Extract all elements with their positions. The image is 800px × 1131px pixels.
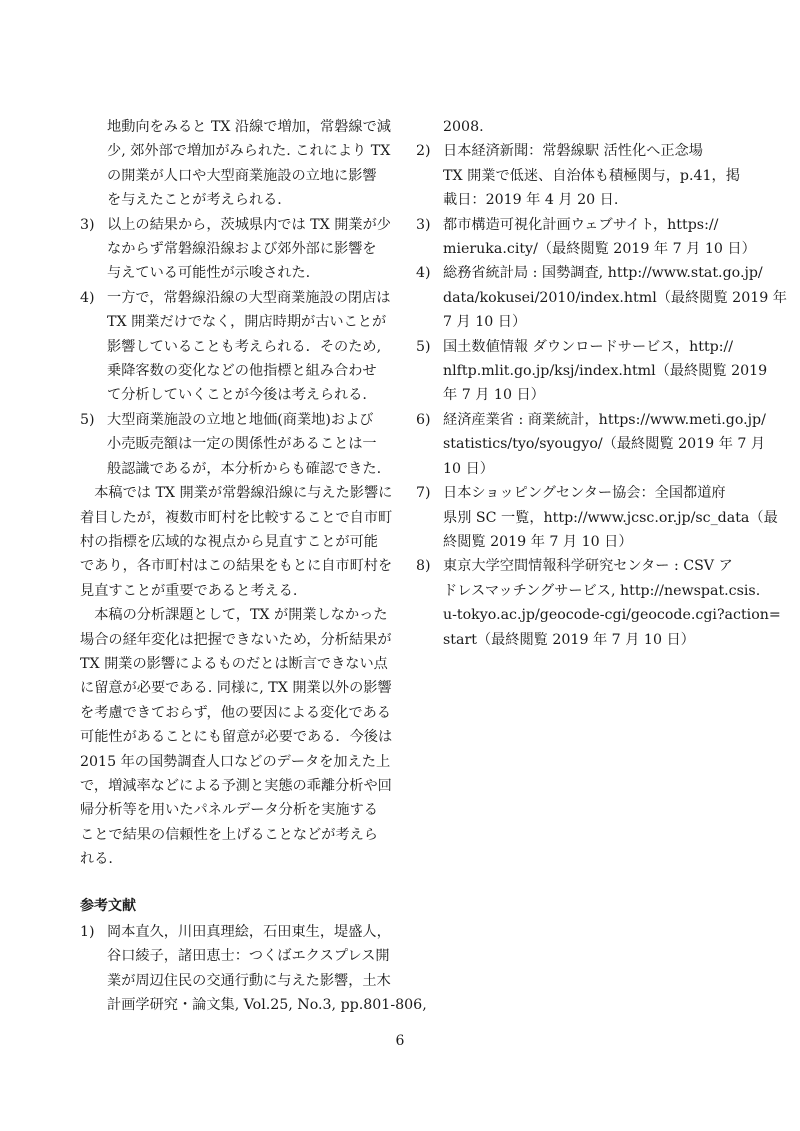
text-line: 7 月 10 日） [443, 310, 728, 334]
reference-8: 8) 東京大学空間情報科学研究センター : CSV ア ドレスマッチングサービス… [416, 554, 728, 652]
text-line: ドレスマッチングサービス, http://newspat.csis. [443, 579, 728, 603]
text-line: 着目したが，複数市町村を比較することで自市町 [80, 506, 385, 530]
reference-6: 6) 経済産業省 : 商業統計，https://www.meti.go.jp/ … [416, 408, 728, 481]
text-line: に留意が必要である. 同様に, TX 開業以外の影響 [80, 676, 385, 700]
text-line: 大型商業施設の立地と地価(商業地)および [107, 408, 385, 432]
text-line: 谷口綾子，諸田恵士：つくばエクスプレス開 [107, 944, 385, 968]
text-line: TX 開業だけでなく，開店時期が古いことが [107, 310, 385, 334]
reference-1-continued: 2008. [416, 115, 728, 139]
text-line: 小売販売額は一定の関係性があることは一 [107, 432, 385, 456]
text-line: を考慮できておらず，他の要因による変化である [80, 701, 385, 725]
text-line: 都市構造可視化計画ウェブサイト，https:// [443, 213, 728, 237]
item-number: 4) [416, 261, 431, 285]
reference-5: 5) 国土数値情報 ダウンロードサービス，http:// nlftp.mlit.… [416, 335, 728, 408]
text-line: 2015 年の国勢調査人口などのデータを加えた上 [80, 750, 385, 774]
paragraph-limitations: 本稿の分析課題として，TX が開業しなかった 場合の経年変化は把握できないため，… [80, 603, 385, 871]
text-line: の開業が人口や大型商業施設の立地に影響 [107, 164, 385, 188]
text-line: 一方で，常磐線沿線の大型商業施設の閉店は [107, 286, 385, 310]
text-line: statistics/tyo/syougyo/（最終閲覧 2019 年 7 月 [443, 432, 728, 456]
reference-3: 3) 都市構造可視化計画ウェブサイト，https:// mieruka.city… [416, 213, 728, 262]
continued-finding: 地動向をみると TX 沿線で増加，常磐線で減 少, 郊外部で増加がみられた. こ… [80, 115, 385, 213]
text-line: れる. [80, 847, 385, 871]
reference-1: 1) 岡本直久，川田真理絵，石田東生，堤盛人， 谷口綾子，諸田恵士：つくばエクス… [80, 920, 385, 1018]
right-column: 2008. 2) 日本経済新聞：常磐線駅 活性化へ正念場 TX 開業で低迷、自治… [416, 115, 728, 652]
item-number: 4) [80, 286, 95, 310]
text-line: 与えている可能性が示唆された. [107, 261, 385, 285]
references-heading: 参考文献 [80, 894, 385, 918]
item-number: 6) [416, 408, 431, 432]
item-number: 7) [416, 481, 431, 505]
text-line: 2008. [443, 115, 728, 139]
text-line: 10 日） [443, 457, 728, 481]
text-line: 国土数値情報 ダウンロードサービス，http:// [443, 335, 728, 359]
text-line: 日本ショッピングセンター協会：全国都道府 [443, 481, 728, 505]
text-line: 載日：2019 年 4 月 20 日. [443, 188, 728, 212]
item-number: 3) [416, 213, 431, 237]
text-line: 以上の結果から，茨城県内では TX 開業が少 [107, 213, 385, 237]
text-line: 年 7 月 10 日） [443, 383, 728, 407]
finding-3: 3) 以上の結果から，茨城県内では TX 開業が少 なからず常磐線沿線および郊外… [80, 213, 385, 286]
item-number: 3) [80, 213, 95, 237]
item-number: 1) [80, 920, 95, 944]
text-line: 少, 郊外部で増加がみられた. これにより TX [107, 139, 385, 163]
text-line: TX 開業で低迷、自治体も積極関与，p.41，掲 [443, 164, 728, 188]
text-line: 本稿の分析課題として，TX が開業しなかった [80, 603, 385, 627]
text-line: mieruka.city/（最終閲覧 2019 年 7 月 10 日） [443, 237, 728, 261]
text-line: 日本経済新聞：常磐線駅 活性化へ正念場 [443, 139, 728, 163]
text-line: を与えたことが考えられる. [107, 188, 385, 212]
text-line: data/kokusei/2010/index.html（最終閲覧 2019 年 [443, 286, 728, 310]
text-line: 県別 SC 一覧，http://www.jcsc.or.jp/sc_data（最 [443, 506, 728, 530]
text-line: 地動向をみると TX 沿線で増加，常磐線で減 [107, 115, 385, 139]
text-line: 東京大学空間情報科学研究センター : CSV ア [443, 554, 728, 578]
text-line: 岡本直久，川田真理絵，石田東生，堤盛人， [107, 920, 385, 944]
item-number: 5) [416, 335, 431, 359]
text-line: 村の指標を広域的な視点から見直すことが可能 [80, 530, 385, 554]
text-line: 影響していることも考えられる．そのため, [107, 335, 385, 359]
text-line: u-tokyo.ac.jp/geocode-cgi/geocode.cgi?ac… [443, 603, 728, 627]
text-line: 本稿では TX 開業が常磐線沿線に与えた影響に [80, 481, 385, 505]
text-line: 可能性があることにも留意が必要である．今後は [80, 725, 385, 749]
text-line: ことで結果の信頼性を上げることなどが考えら [80, 823, 385, 847]
text-line: 見直すことが重要であると考える. [80, 579, 385, 603]
item-number: 2) [416, 139, 431, 163]
text-line: なからず常磐線沿線および郊外部に影響を [107, 237, 385, 261]
item-number: 5) [80, 408, 95, 432]
reference-2: 2) 日本経済新聞：常磐線駅 活性化へ正念場 TX 開業で低迷、自治体も積極関与… [416, 139, 728, 212]
text-line: 般認識であるが，本分析からも確認できた. [107, 457, 385, 481]
text-line: 場合の経年変化は把握できないため，分析結果が [80, 628, 385, 652]
text-line: であり，各市町村はこの結果をもとに自市町村を [80, 554, 385, 578]
text-line: 業が周辺住民の交通行動に与えた影響，土木 [107, 969, 385, 993]
reference-7: 7) 日本ショッピングセンター協会：全国都道府 県別 SC 一覧，http://… [416, 481, 728, 554]
text-line: 計画学研究・論文集, Vol.25, No.3, pp.801-806, [107, 993, 385, 1017]
finding-5: 5) 大型商業施設の立地と地価(商業地)および 小売販売額は一定の関係性があるこ… [80, 408, 385, 481]
text-line: て分析していくことが今後は考えられる. [107, 383, 385, 407]
text-line: で，増減率などによる予測と実態の乖離分析や回 [80, 774, 385, 798]
text-line: 乗降客数の変化などの他指標と組み合わせ [107, 359, 385, 383]
left-column: 地動向をみると TX 沿線で増加，常磐線で減 少, 郊外部で増加がみられた. こ… [80, 115, 385, 1018]
item-number: 8) [416, 554, 431, 578]
paragraph-conclusion: 本稿では TX 開業が常磐線沿線に与えた影響に 着目したが，複数市町村を比較する… [80, 481, 385, 603]
text-line: 終閲覧 2019 年 7 月 10 日） [443, 530, 728, 554]
text-line: start（最終閲覧 2019 年 7 月 10 日） [443, 628, 728, 652]
text-line: nlftp.mlit.go.jp/ksj/index.html（最終閲覧 201… [443, 359, 728, 383]
finding-4: 4) 一方で，常磐線沿線の大型商業施設の閉店は TX 開業だけでなく，開店時期が… [80, 286, 385, 408]
reference-4: 4) 総務省統計局 : 国勢調査, http://www.stat.go.jp/… [416, 261, 728, 334]
text-line: 帰分析等を用いたパネルデータ分析を実施する [80, 798, 385, 822]
text-line: 経済産業省 : 商業統計，https://www.meti.go.jp/ [443, 408, 728, 432]
text-line: TX 開業の影響によるものだとは断言できない点 [80, 652, 385, 676]
text-line: 総務省統計局 : 国勢調査, http://www.stat.go.jp/ [443, 261, 728, 285]
page-number: 6 [0, 1033, 800, 1049]
